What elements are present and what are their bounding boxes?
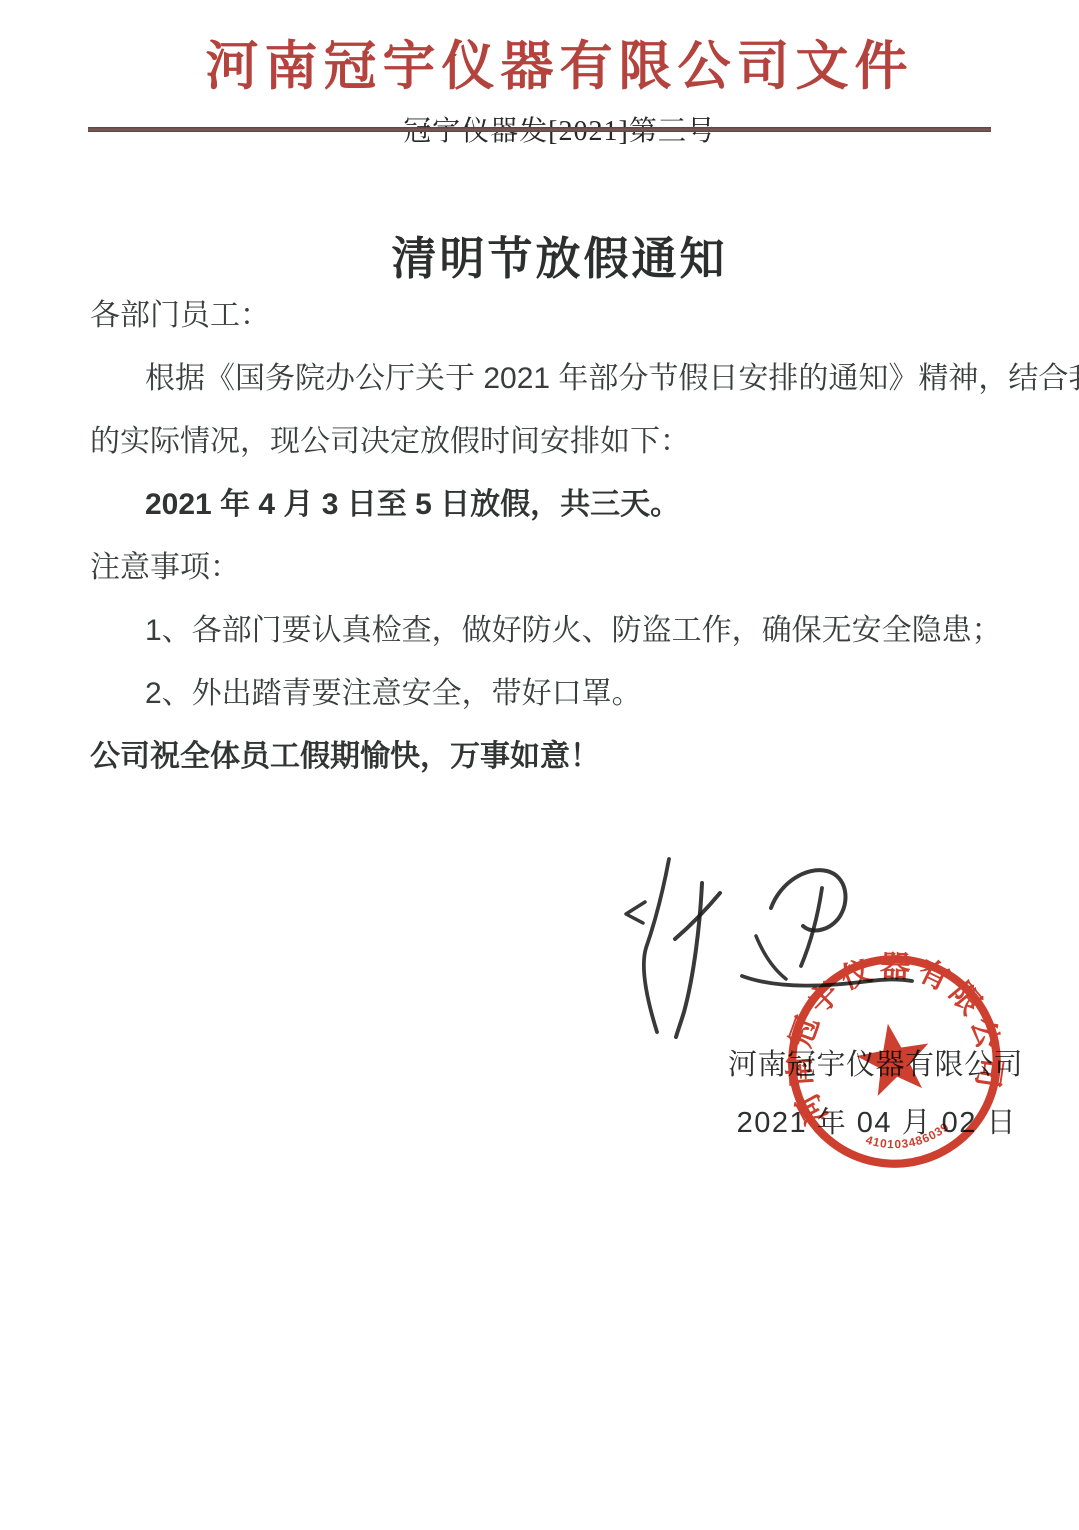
note-item-2: 2、外出踏青要注意安全，带好口罩。 bbox=[90, 678, 999, 710]
star-icon bbox=[852, 1017, 936, 1098]
header-divider-rule bbox=[88, 127, 991, 132]
notes-label-line: 注意事项： bbox=[90, 552, 999, 584]
closing-wish-line: 公司祝全体员工假期愉快，万事如意！ bbox=[90, 741, 999, 773]
paragraph-line-2: 的实际情况，现公司决定放假时间安排如下： bbox=[90, 426, 999, 458]
signature-stroke bbox=[676, 883, 702, 1037]
paragraph-line-1: 根据《国务院办公厅关于 2021 年部分节假日安排的通知》精神，结合我司 bbox=[90, 363, 999, 395]
signature-stroke bbox=[644, 859, 669, 1032]
signature-stroke bbox=[771, 870, 846, 930]
notice-body: 各部门员工： 根据《国务院办公厅关于 2021 年部分节假日安排的通知》精神，结… bbox=[90, 300, 999, 804]
signature-stroke bbox=[626, 902, 645, 923]
holiday-dates-line: 2021 年 4 月 3 日至 5 日放假，共三天。 bbox=[90, 489, 999, 521]
company-seal-stamp: 河南冠宇仪器有限公司 410103486039 bbox=[768, 935, 1022, 1189]
company-document-title: 河南冠宇仪器有限公司文件 bbox=[40, 0, 1079, 100]
salutation-line: 各部门员工： bbox=[90, 300, 999, 332]
scanned-notice-page: 河南冠宇仪器有限公司文件 冠宇仪器发[2021]第三号 清明节放假通知 各部门员… bbox=[0, 0, 1079, 1530]
notice-title: 清明节放假通知 bbox=[40, 222, 1079, 287]
note-item-1: 1、各部门要认真检查，做好防火、防盗工作，确保无安全隐患； bbox=[90, 615, 999, 647]
